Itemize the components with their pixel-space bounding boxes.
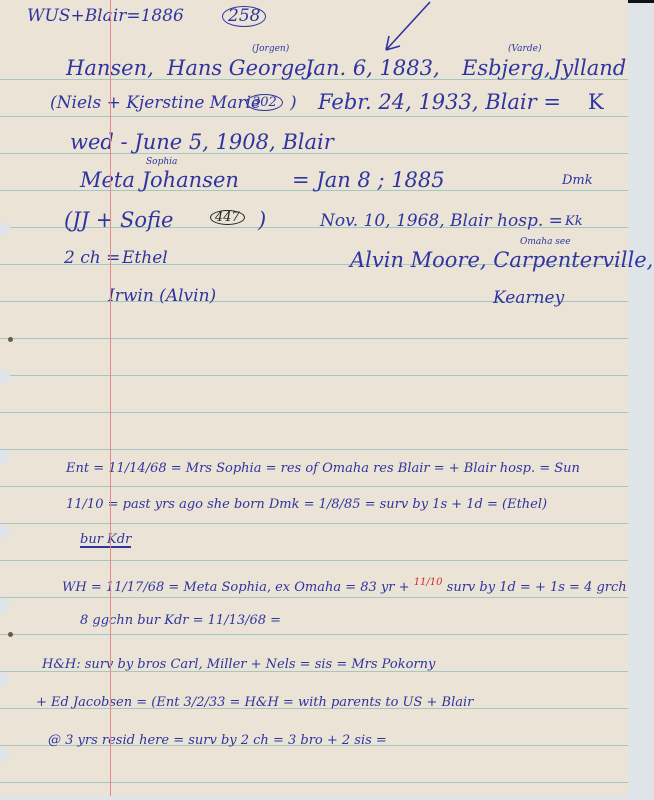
birth-place-insert: (Varde) xyxy=(508,45,541,54)
scan-edge-bar xyxy=(628,0,654,3)
birth-place: Esbjerg, xyxy=(462,58,551,79)
parents-ref-badge: 302 xyxy=(246,94,283,111)
binder-hole xyxy=(0,672,10,686)
binder-hole xyxy=(0,450,10,464)
record-number-badge: 258 xyxy=(222,6,266,27)
arrow-icon xyxy=(380,0,450,60)
header-note: WUS+Blair=1886 xyxy=(27,8,184,25)
binder-hole xyxy=(0,525,10,539)
binder-hole xyxy=(0,748,10,762)
paren-close: ) xyxy=(290,95,297,112)
obit-note: 11/10 = past yrs ago she born Dmk = 1/8/… xyxy=(66,498,547,511)
death-date: Febr. 24, 1933, Blair = xyxy=(318,92,561,113)
marriage-line: wed - June 5, 1908, Blair xyxy=(70,132,334,153)
obit-note: bur Kdr xyxy=(80,533,131,548)
region: Jylland xyxy=(553,58,626,79)
child-1-note-insert: Omaha see xyxy=(520,238,571,247)
wh-note: 8 ggchn bur Kdr = 11/13/68 = xyxy=(80,614,281,627)
ink-spot xyxy=(8,632,13,637)
burial-code: K xyxy=(588,92,604,113)
hh-note: @ 3 yrs resid here = surv by 2 ch = 3 br… xyxy=(48,734,387,747)
child-2: Irwin (Alvin) xyxy=(108,288,216,305)
spouse-insert: Sophia xyxy=(146,158,177,167)
binder-hole xyxy=(0,222,10,236)
spouse-burial-code: Kk xyxy=(565,215,583,228)
spouse-parents-ref-badge: 447 xyxy=(210,210,245,225)
paren-close: ) xyxy=(258,210,266,231)
birth-date: Jan. 6, 1883, xyxy=(305,58,440,79)
surname: Hansen, xyxy=(66,58,154,79)
binder-hole xyxy=(0,598,10,612)
child-1-note: Alvin Moore, Carpenterville, xyxy=(350,250,653,271)
child-1: Ethel xyxy=(122,250,168,267)
hh-note: H&H: surv by bros Carl, Miller + Nels = … xyxy=(42,658,435,671)
spouse-name: Meta Johansen xyxy=(80,170,239,191)
ink-spot xyxy=(8,337,13,342)
binder-hole xyxy=(0,370,10,384)
obit-note: Ent = 11/14/68 = Mrs Sophia = res of Oma… xyxy=(66,462,580,475)
spouse-parents: (JJ + Sofie xyxy=(64,210,173,231)
wh-note-part: surv by 1d = + 1s = 4 grch xyxy=(447,580,627,595)
spouse-death: Nov. 10, 1968, Blair hosp. = xyxy=(320,213,563,230)
wh-note-part: WH = 11/17/68 = Meta Sophia, ex Omaha = … xyxy=(62,580,410,595)
hh-note: + Ed Jacobsen = (Ent 3/2/33 = H&H = with… xyxy=(36,696,473,709)
child-2-note: Kearney xyxy=(493,290,564,307)
given-name-insert: (Jorgen) xyxy=(252,45,289,54)
parents: (Niels + Kjerstine Marie xyxy=(50,95,261,112)
spouse-origin: Dmk xyxy=(562,174,593,187)
spouse-birth: = Jan 8 ; 1885 xyxy=(292,170,445,191)
children-label: 2 ch = xyxy=(64,250,120,267)
given-names: Hans George, xyxy=(167,58,313,79)
notebook-page: WUS+Blair=1886 258 Hansen, (Jorgen) Hans… xyxy=(0,0,628,796)
wh-note: WH = 11/17/68 = Meta Sophia, ex Omaha = … xyxy=(62,578,627,594)
red-date: 11/10 xyxy=(414,577,443,588)
